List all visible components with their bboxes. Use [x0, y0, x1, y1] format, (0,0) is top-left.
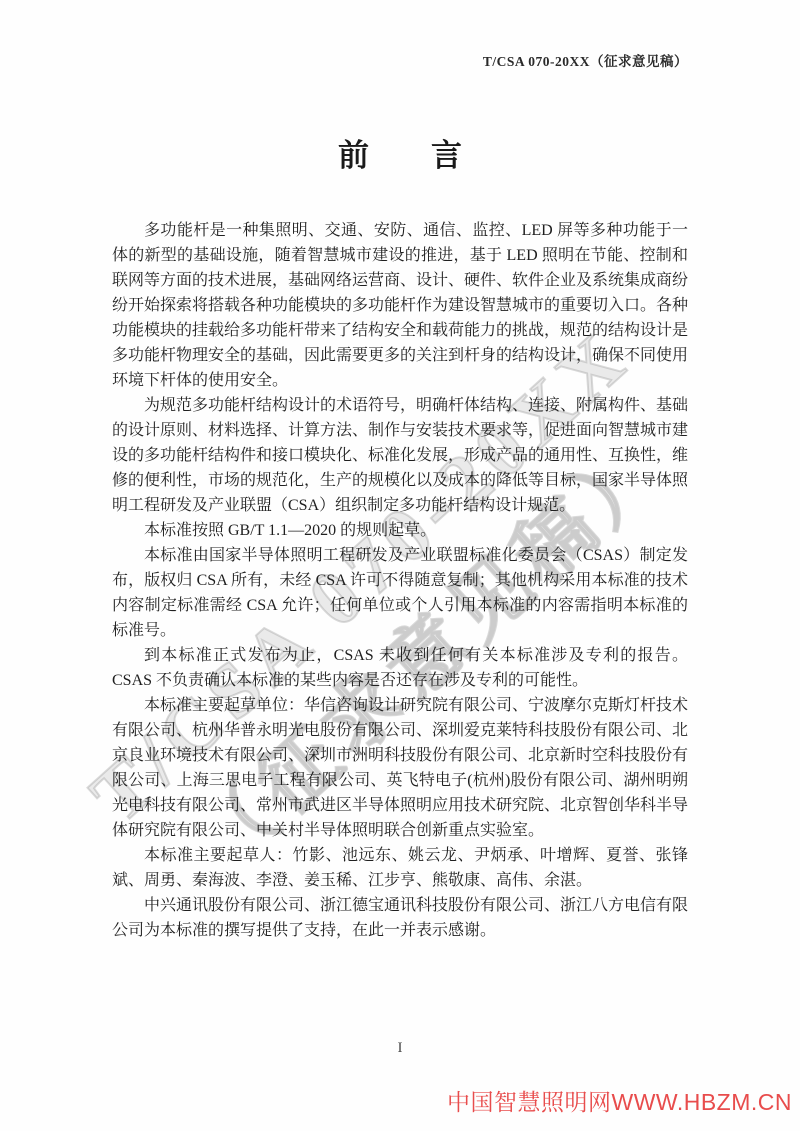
paragraph-drafters: 本标准主要起草人：竹影、池远东、姚云龙、尹炳承、叶增辉、夏誉、张锋斌、周勇、秦海… — [112, 843, 688, 893]
paragraph-copyright: 本标准由国家半导体照明工程研发及产业联盟标准化委员会（CSAS）制定发布，版权归… — [112, 543, 688, 643]
paragraph-drafting-units: 本标准主要起草单位：华信咨询设计研究院有限公司、宁波摩尔克斯灯杆技术有限公司、杭… — [112, 693, 688, 843]
paragraph-patent: 到本标准正式发布为止，CSAS 未收到任何有关本标准涉及专利的报告。CSAS 不… — [112, 643, 688, 693]
doc-code-header: T/CSA 070-20XX（征求意见稿） — [112, 50, 688, 70]
page-number: I — [0, 1040, 800, 1057]
foreword-body: 多功能杆是一种集照明、交通、安防、通信、监控、LED 屏等多种功能于一体的新型的… — [112, 218, 688, 943]
site-watermark: 中国智慧照明网WWW.HBZM.CN — [447, 1084, 792, 1117]
paragraph-purpose: 为规范多功能杆结构设计的术语符号，明确杆体结构、连接、附属构件、基础的设计原则、… — [112, 393, 688, 518]
document-page: T/CSA 070-20XX （征求意见稿） T/CSA 070-20XX（征求… — [0, 0, 800, 1131]
paragraph-intro: 多功能杆是一种集照明、交通、安防、通信、监控、LED 屏等多种功能于一体的新型的… — [112, 218, 688, 393]
page-title: 前 言 — [0, 130, 800, 175]
paragraph-drafting-rule: 本标准按照 GB/T 1.1—2020 的规则起草。 — [112, 518, 688, 543]
paragraph-acknowledgement: 中兴通讯股份有限公司、浙江德宝通讯科技股份有限公司、浙江八方电信有限公司为本标准… — [112, 893, 688, 943]
